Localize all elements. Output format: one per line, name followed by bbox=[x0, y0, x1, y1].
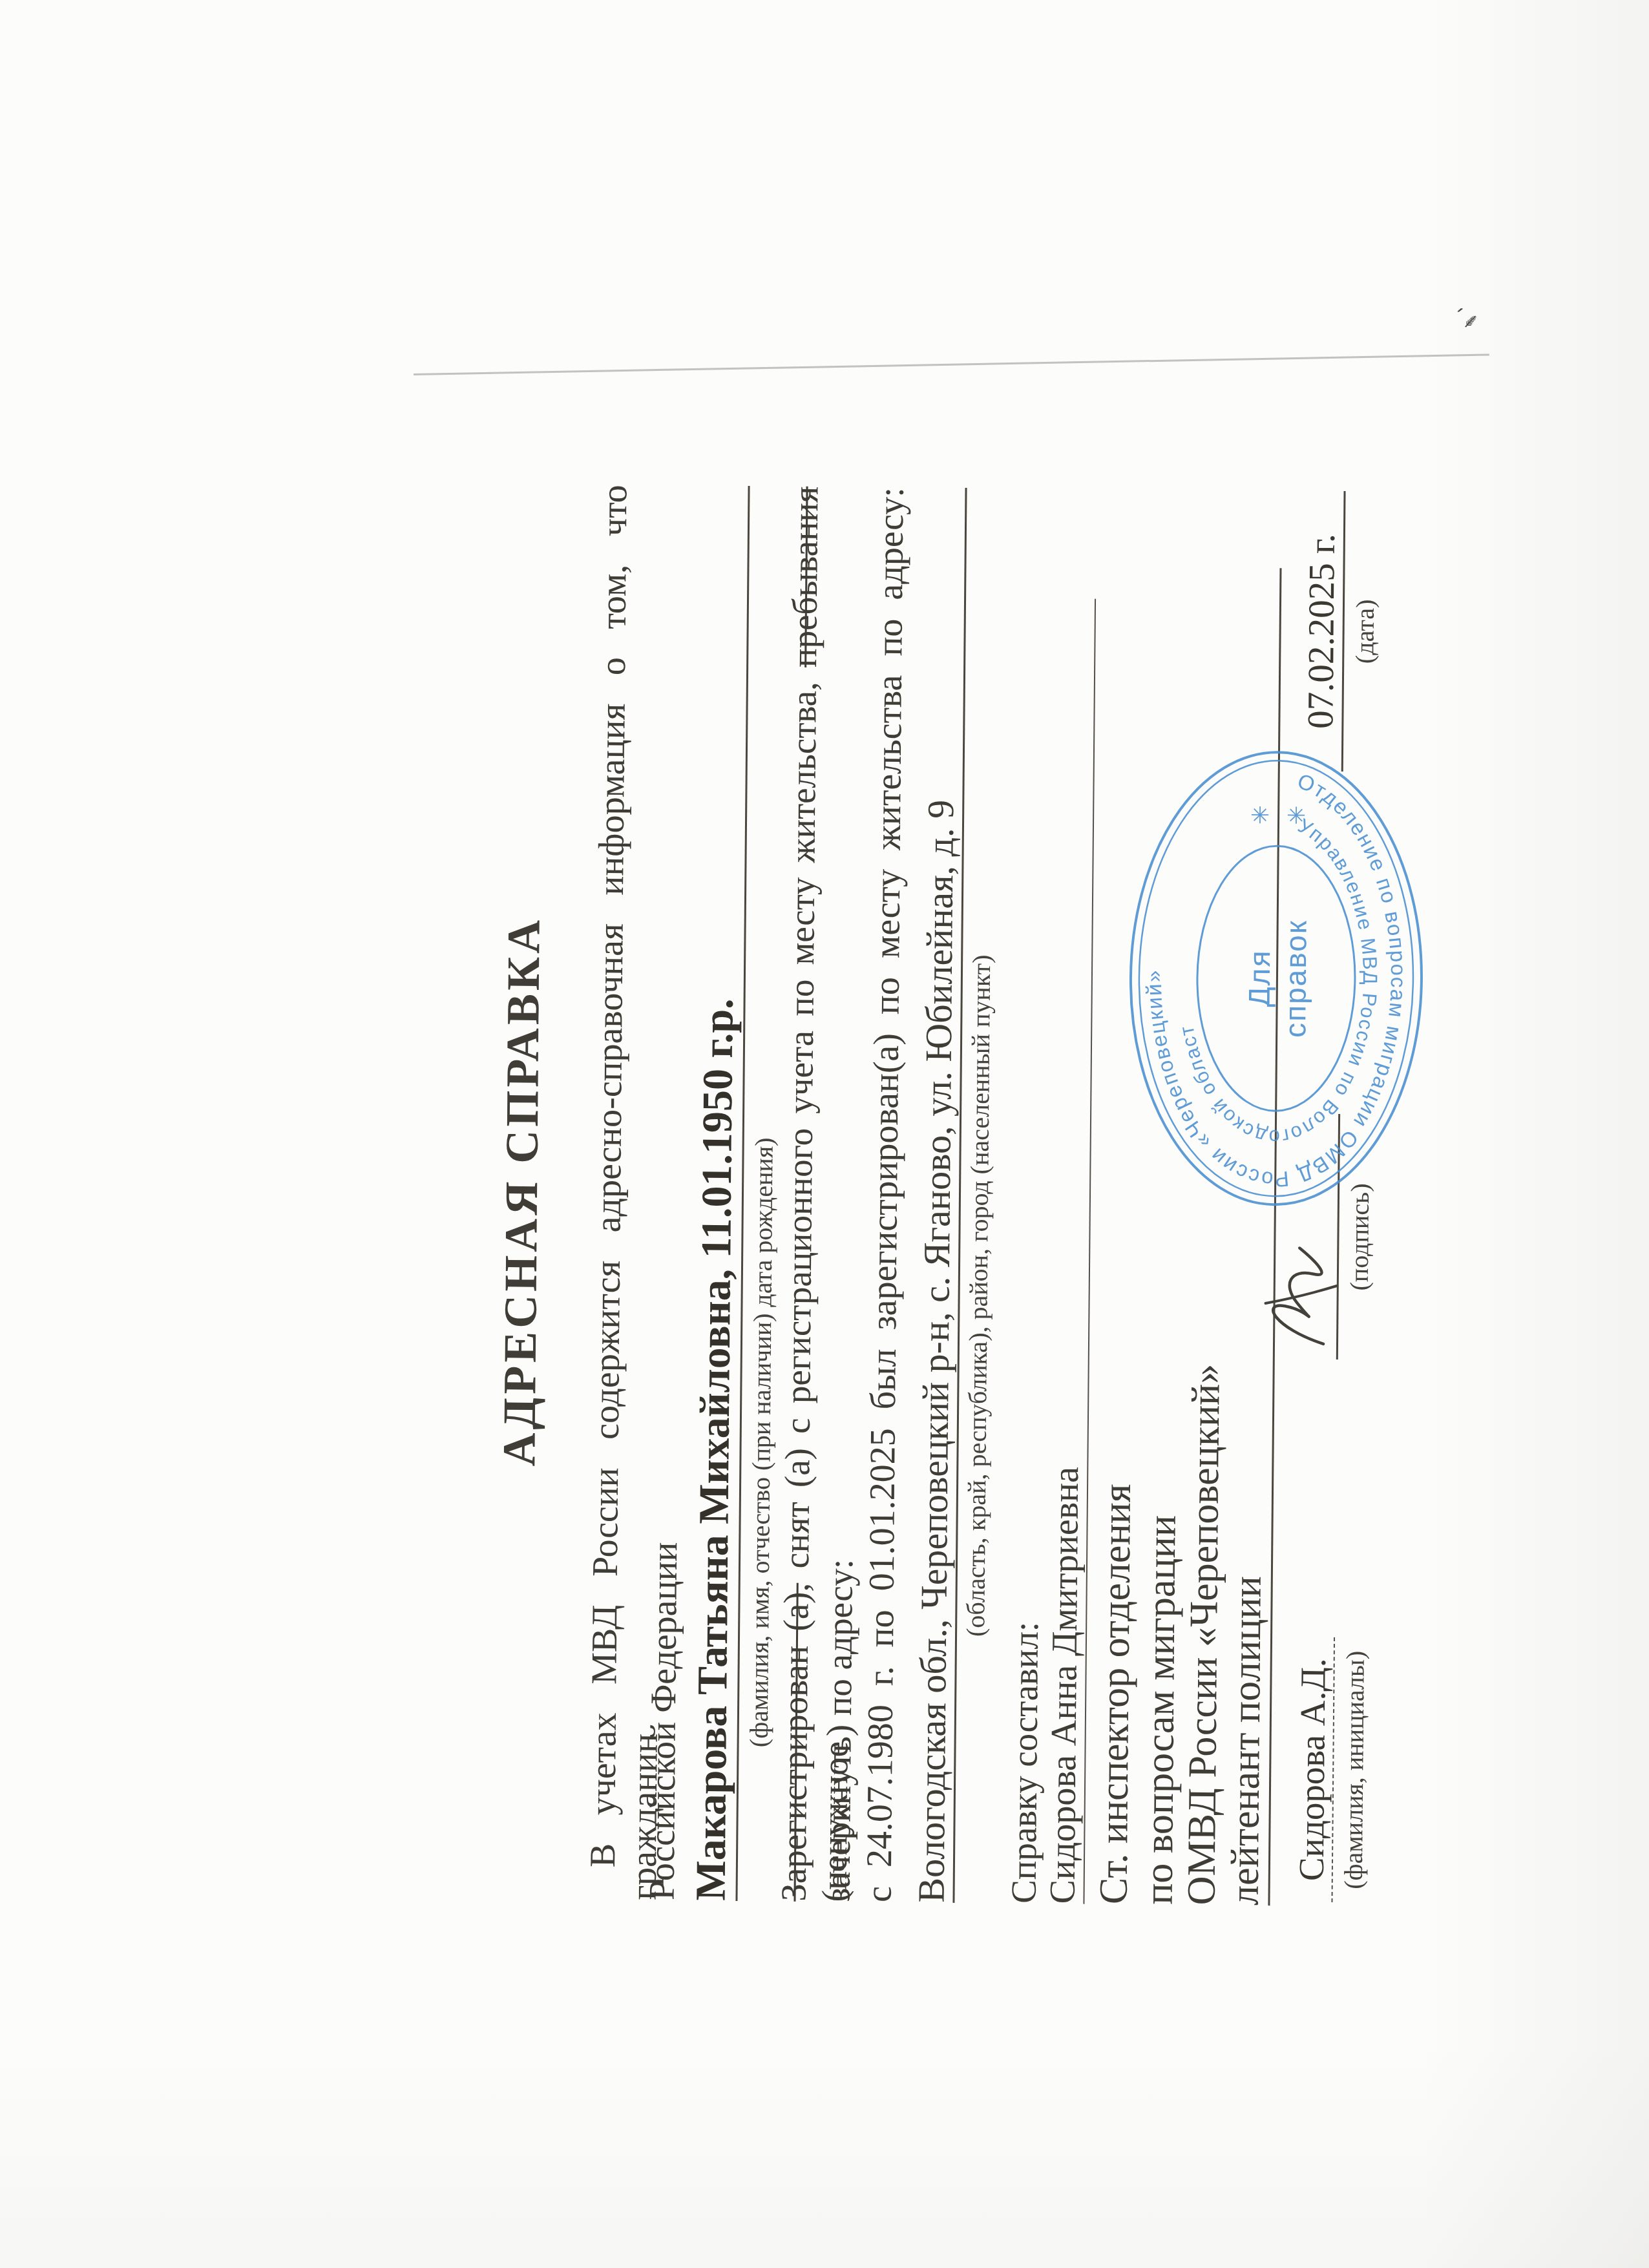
address-certificate-document: АДРЕСНАЯ СПРАВКА В учетах МВД России сод… bbox=[485, 484, 1447, 1907]
date-caption: (дата) bbox=[1349, 491, 1381, 772]
date-block: 07.02.2025 г. (дата) bbox=[1300, 491, 1381, 772]
address-caption: (область, край, республика), район, горо… bbox=[959, 779, 998, 1812]
address-value: Вологодская обл., Череповецкий р-н, с. Я… bbox=[909, 799, 962, 1902]
registration-strike-1: Зарегистрирован (а), bbox=[773, 1582, 815, 1902]
document-title: АДРЕСНАЯ СПРАВКА bbox=[488, 484, 554, 1900]
signatory-name-block: Сидорова А.Д. (фамилия, инициалы) bbox=[1290, 1637, 1371, 1902]
issuer-name-value: Сидорова Анна Дмитриевна bbox=[1042, 1467, 1087, 1904]
oval-stamp: Отделение по вопросам миграции ОМВД Росс… bbox=[1126, 748, 1427, 1209]
scan-edge-line bbox=[414, 353, 1489, 375]
issuer-position-line-4: лейтенант полиции bbox=[1222, 1576, 1270, 1906]
address-field: Вологодская обл., Череповецкий р-н, с. Я… bbox=[901, 487, 967, 1903]
stamp-separator-icon: ✳ bbox=[1283, 805, 1310, 825]
person-name-value: Макарова Татьяна Михайловна, 11.01.1950 … bbox=[686, 998, 743, 1901]
registration-middle: снят (а) с регистрационного учета по мес… bbox=[777, 682, 824, 1569]
issuer-name-field: Сидорова Анна Дмитриевна bbox=[1039, 598, 1096, 1904]
registration-strike-2: пребывания bbox=[784, 486, 825, 667]
registration-line-2: зачеркнуть) по адресу: bbox=[817, 1559, 861, 1902]
signatory-name-value: Сидорова А.Д. bbox=[1290, 1637, 1335, 1902]
issuer-position-line-1: Ст. инспектор отделения bbox=[1091, 1484, 1140, 1904]
signatory-name-caption: (фамилия, инициалы) bbox=[1338, 1637, 1371, 1902]
stamp-separator-icon: ✳ bbox=[1247, 805, 1274, 825]
intro-line-2: Российской Федерации bbox=[641, 1542, 686, 1900]
stamp-center-line-2: справок bbox=[1278, 919, 1313, 1038]
person-name-field: Макарова Татьяна Михайловна, 11.01.1950 … bbox=[682, 485, 750, 1901]
scan-corner-mark: ́⸙ bbox=[1460, 304, 1482, 336]
stamp-center-line-1: Для bbox=[1243, 949, 1277, 1007]
date-value: 07.02.2025 г. bbox=[1300, 491, 1346, 772]
issuer-position-line-2: по вопросам миграции bbox=[1136, 1515, 1185, 1905]
